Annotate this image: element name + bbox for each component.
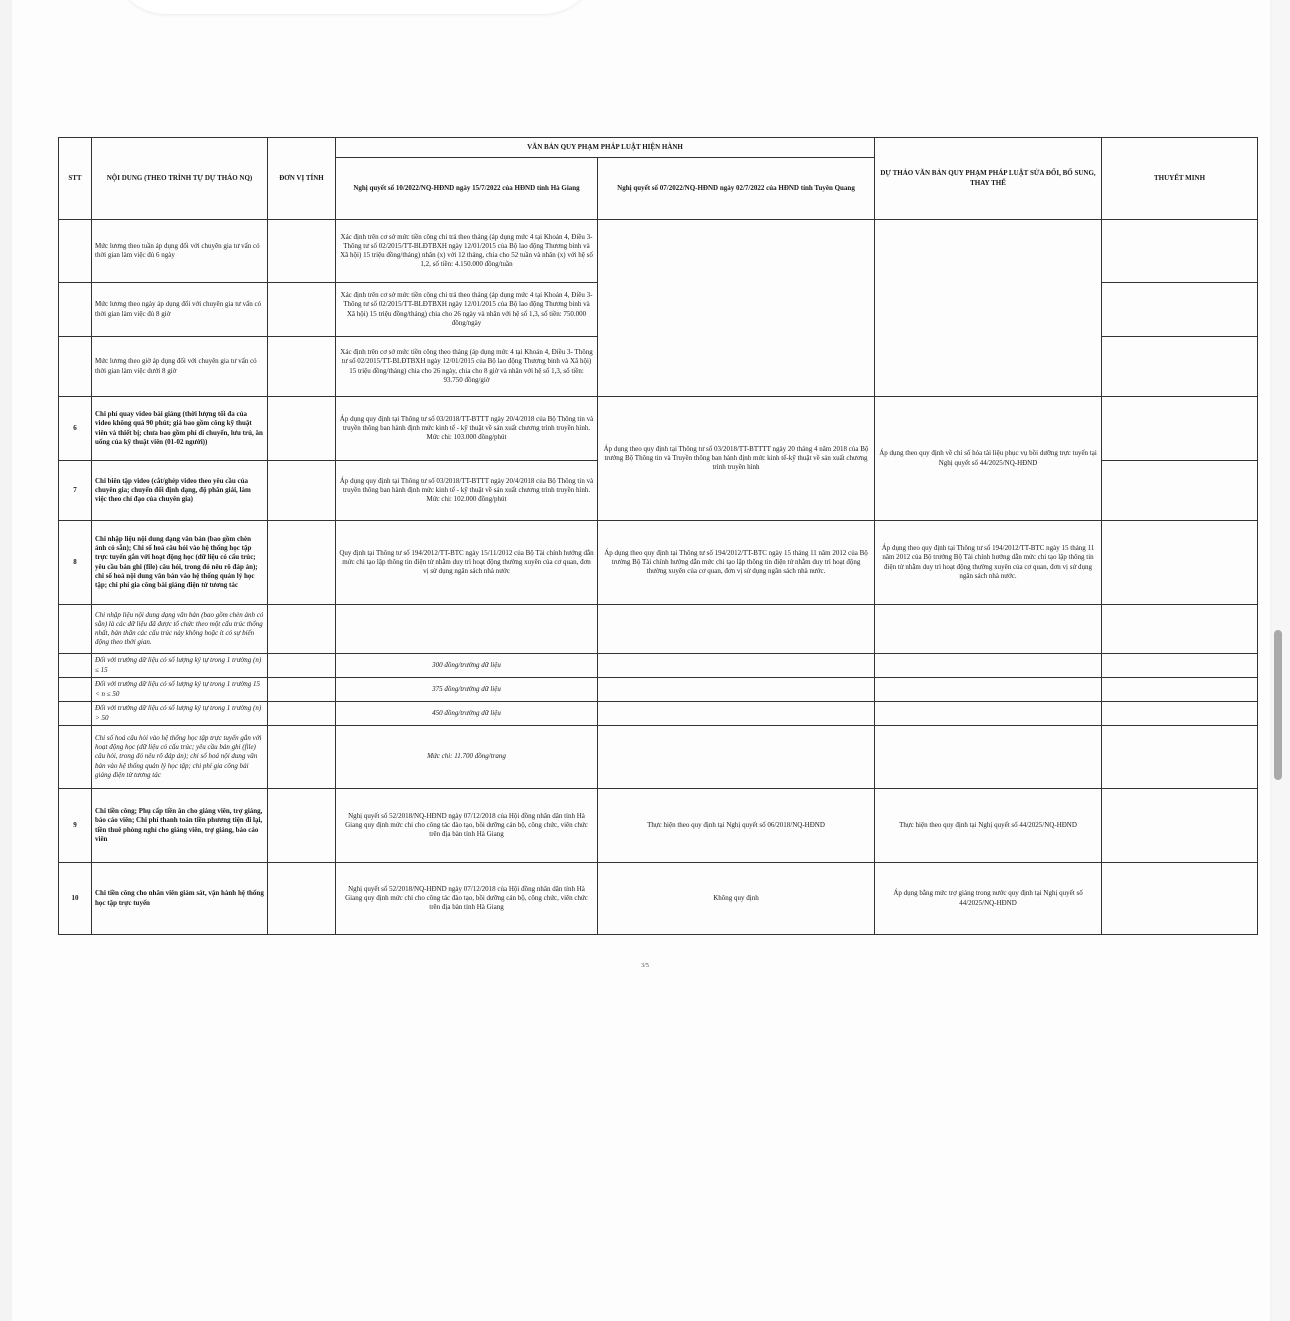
row-draft xyxy=(875,605,1102,654)
row-stt: 7 xyxy=(59,461,92,521)
row-explanation xyxy=(1102,521,1258,605)
table-row: Đối với trường dữ liệu có số lượng ký tự… xyxy=(59,702,1258,726)
row-draft xyxy=(875,220,1102,397)
row-explanation xyxy=(1102,863,1258,935)
row-draft xyxy=(875,678,1102,702)
row-ha-giang-text: Áp dụng quy định tại Thông tư số 03/2018… xyxy=(339,477,594,495)
row-ha-giang: Mức chi: 11.700 đồng/trang xyxy=(336,726,598,789)
row-content: Đối với trường dữ liệu có số lượng ký tự… xyxy=(92,702,268,726)
row-stt xyxy=(59,283,92,337)
row-ha-giang: Xác định trên cơ sở mức tiền công chi tr… xyxy=(336,220,598,283)
table-row: Chi nhập liệu nội dung dạng văn bản (bao… xyxy=(59,605,1258,654)
row-ha-giang: 300 đồng/trường dữ liệu xyxy=(336,654,598,678)
row-explanation xyxy=(1102,337,1258,397)
row-explanation xyxy=(1102,789,1258,863)
table-row: Mức lương theo tuần áp dụng đối với chuy… xyxy=(59,220,1258,283)
row-ha-giang: Áp dụng quy định tại Thông tư số 03/2018… xyxy=(336,461,598,521)
row-unit xyxy=(268,863,336,935)
row-stt: 10 xyxy=(59,863,92,935)
row-draft: Thực hiện theo quy định tại Nghị quyết s… xyxy=(875,789,1102,863)
row-explanation xyxy=(1102,461,1258,521)
row-explanation xyxy=(1102,605,1258,654)
scrollbar-thumb[interactable] xyxy=(1274,630,1282,780)
row-content: Chi nhập liệu nội dung dạng văn bản (bao… xyxy=(92,521,268,605)
header-row-1: STT NỘI DUNG (THEO TRÌNH TỰ DỰ THẢO NQ) … xyxy=(59,138,1258,158)
row-draft xyxy=(875,726,1102,789)
row-content: Mức lương theo ngày áp dụng đối với chuy… xyxy=(92,283,268,337)
scrollbar[interactable] xyxy=(1272,0,1290,1321)
row-tuyen-quang: Thực hiện theo quy định tại Nghị quyết s… xyxy=(598,789,875,863)
row-tuyen-quang: Áp dụng theo quy định tại Thông tư số 03… xyxy=(598,397,875,521)
row-stt xyxy=(59,654,92,678)
row-unit xyxy=(268,397,336,461)
header-draft: DỰ THẢO VĂN BẢN QUY PHẠM PHÁP LUẬT SỬA Đ… xyxy=(875,138,1102,220)
comparison-table: STT NỘI DUNG (THEO TRÌNH TỰ DỰ THẢO NQ) … xyxy=(58,137,1258,935)
row-content: Chi tiền công cho nhân viên giám sát, vậ… xyxy=(92,863,268,935)
header-ha-giang: Nghị quyết số 10/2022/NQ-HĐND ngày 15/7/… xyxy=(336,158,598,220)
row-unit xyxy=(268,220,336,283)
row-unit xyxy=(268,654,336,678)
row-unit xyxy=(268,461,336,521)
row-explanation xyxy=(1102,702,1258,726)
row-ha-giang: Nghị quyết số 52/2018/NQ-HĐND ngày 07/12… xyxy=(336,863,598,935)
row-tuyen-quang xyxy=(598,220,875,397)
row-draft xyxy=(875,654,1102,678)
row-ha-giang xyxy=(336,605,598,654)
row-unit xyxy=(268,521,336,605)
table-row: Chi số hoá câu hỏi vào hệ thống học tập … xyxy=(59,726,1258,789)
row-draft: Áp dụng theo quy định về chi số hóa tài … xyxy=(875,397,1102,521)
row-stt: 8 xyxy=(59,521,92,605)
header-stt: STT xyxy=(59,138,92,220)
row-stt xyxy=(59,337,92,397)
row-unit xyxy=(268,605,336,654)
row-tuyen-quang xyxy=(598,605,875,654)
row-unit xyxy=(268,678,336,702)
row-explanation xyxy=(1102,654,1258,678)
row-stt xyxy=(59,220,92,283)
document-page: STT NỘI DUNG (THEO TRÌNH TỰ DỰ THẢO NQ) … xyxy=(12,0,1270,1321)
row-content: Chi phí quay video bài giảng (thời lượng… xyxy=(92,397,268,461)
row-content: Chi nhập liệu nội dung dạng văn bản (bao… xyxy=(92,605,268,654)
top-overlay-bar xyxy=(112,0,597,14)
row-ha-giang-rate: Mức chi: 103.000 đồng/phút xyxy=(339,433,594,442)
header-current-law-group: VĂN BẢN QUY PHẠM PHÁP LUẬT HIỆN HÀNH xyxy=(336,138,875,158)
row-explanation xyxy=(1102,726,1258,789)
row-ha-giang: Nghị quyết số 52/2018/NQ-HĐND ngày 07/12… xyxy=(336,789,598,863)
row-unit xyxy=(268,283,336,337)
table-row: 9 Chi tiền công; Phụ cấp tiền ăn cho giả… xyxy=(59,789,1258,863)
row-ha-giang: Xác định trên cơ sở mức tiền công theo t… xyxy=(336,337,598,397)
row-explanation xyxy=(1102,397,1258,461)
row-stt: 9 xyxy=(59,789,92,863)
row-unit xyxy=(268,726,336,789)
row-explanation xyxy=(1102,678,1258,702)
row-content: Mức lương theo tuần áp dụng đối với chuy… xyxy=(92,220,268,283)
row-content: Đối với trường dữ liệu có số lượng ký tự… xyxy=(92,678,268,702)
page-indicator: 3/5 xyxy=(0,963,1290,969)
row-explanation xyxy=(1102,283,1258,337)
table-row: Đối với trường dữ liệu có số lượng ký tự… xyxy=(59,654,1258,678)
row-tuyen-quang: Không quy định xyxy=(598,863,875,935)
row-content: Mức lương theo giờ áp dụng đối với chuyê… xyxy=(92,337,268,397)
row-ha-giang: 450 đồng/trường dữ liệu xyxy=(336,702,598,726)
row-content: Chi số hoá câu hỏi vào hệ thống học tập … xyxy=(92,726,268,789)
row-draft: Áp dụng bằng mức trợ giảng trong nước qu… xyxy=(875,863,1102,935)
row-stt xyxy=(59,726,92,789)
row-content: Chi tiền công; Phụ cấp tiền ăn cho giảng… xyxy=(92,789,268,863)
row-stt xyxy=(59,678,92,702)
table-row: 10 Chi tiền công cho nhân viên giám sát,… xyxy=(59,863,1258,935)
row-tuyen-quang: Áp dụng theo quy định tại Thông tư số 19… xyxy=(598,521,875,605)
row-tuyen-quang xyxy=(598,654,875,678)
header-tuyen-quang: Nghị quyết số 07/2022/NQ-HĐND ngày 02/7/… xyxy=(598,158,875,220)
row-ha-giang: Xác định trên cơ sở mức tiền công chi tr… xyxy=(336,283,598,337)
row-tuyen-quang xyxy=(598,702,875,726)
row-unit xyxy=(268,337,336,397)
row-ha-giang: 375 đồng/trường dữ liệu xyxy=(336,678,598,702)
row-explanation xyxy=(1102,220,1258,283)
table-row: 6 Chi phí quay video bài giảng (thời lượ… xyxy=(59,397,1258,461)
row-content: Đối với trường dữ liệu có số lượng ký tự… xyxy=(92,654,268,678)
row-tuyen-quang xyxy=(598,726,875,789)
row-content: Chi biên tập video (cắt/ghép video theo … xyxy=(92,461,268,521)
row-ha-giang-text: Áp dụng quy định tại Thông tư số 03/2018… xyxy=(339,415,594,433)
row-ha-giang: Áp dụng quy định tại Thông tư số 03/2018… xyxy=(336,397,598,461)
row-stt: 6 xyxy=(59,397,92,461)
header-content: NỘI DUNG (THEO TRÌNH TỰ DỰ THẢO NQ) xyxy=(92,138,268,220)
row-unit xyxy=(268,702,336,726)
table-row: Đối với trường dữ liệu có số lượng ký tự… xyxy=(59,678,1258,702)
row-draft xyxy=(875,702,1102,726)
header-explanation: THUYẾT MINH xyxy=(1102,138,1258,220)
row-ha-giang: Quy định tại Thông tư số 194/2012/TT-BTC… xyxy=(336,521,598,605)
row-tuyen-quang xyxy=(598,678,875,702)
row-draft: Áp dụng theo quy định tại Thông tư số 19… xyxy=(875,521,1102,605)
header-unit: ĐƠN VỊ TÍNH xyxy=(268,138,336,220)
row-unit xyxy=(268,789,336,863)
row-stt xyxy=(59,605,92,654)
row-stt xyxy=(59,702,92,726)
table-row: 8 Chi nhập liệu nội dung dạng văn bản (b… xyxy=(59,521,1258,605)
row-ha-giang-rate: Mức chi: 102.000 đồng/phút xyxy=(339,495,594,504)
